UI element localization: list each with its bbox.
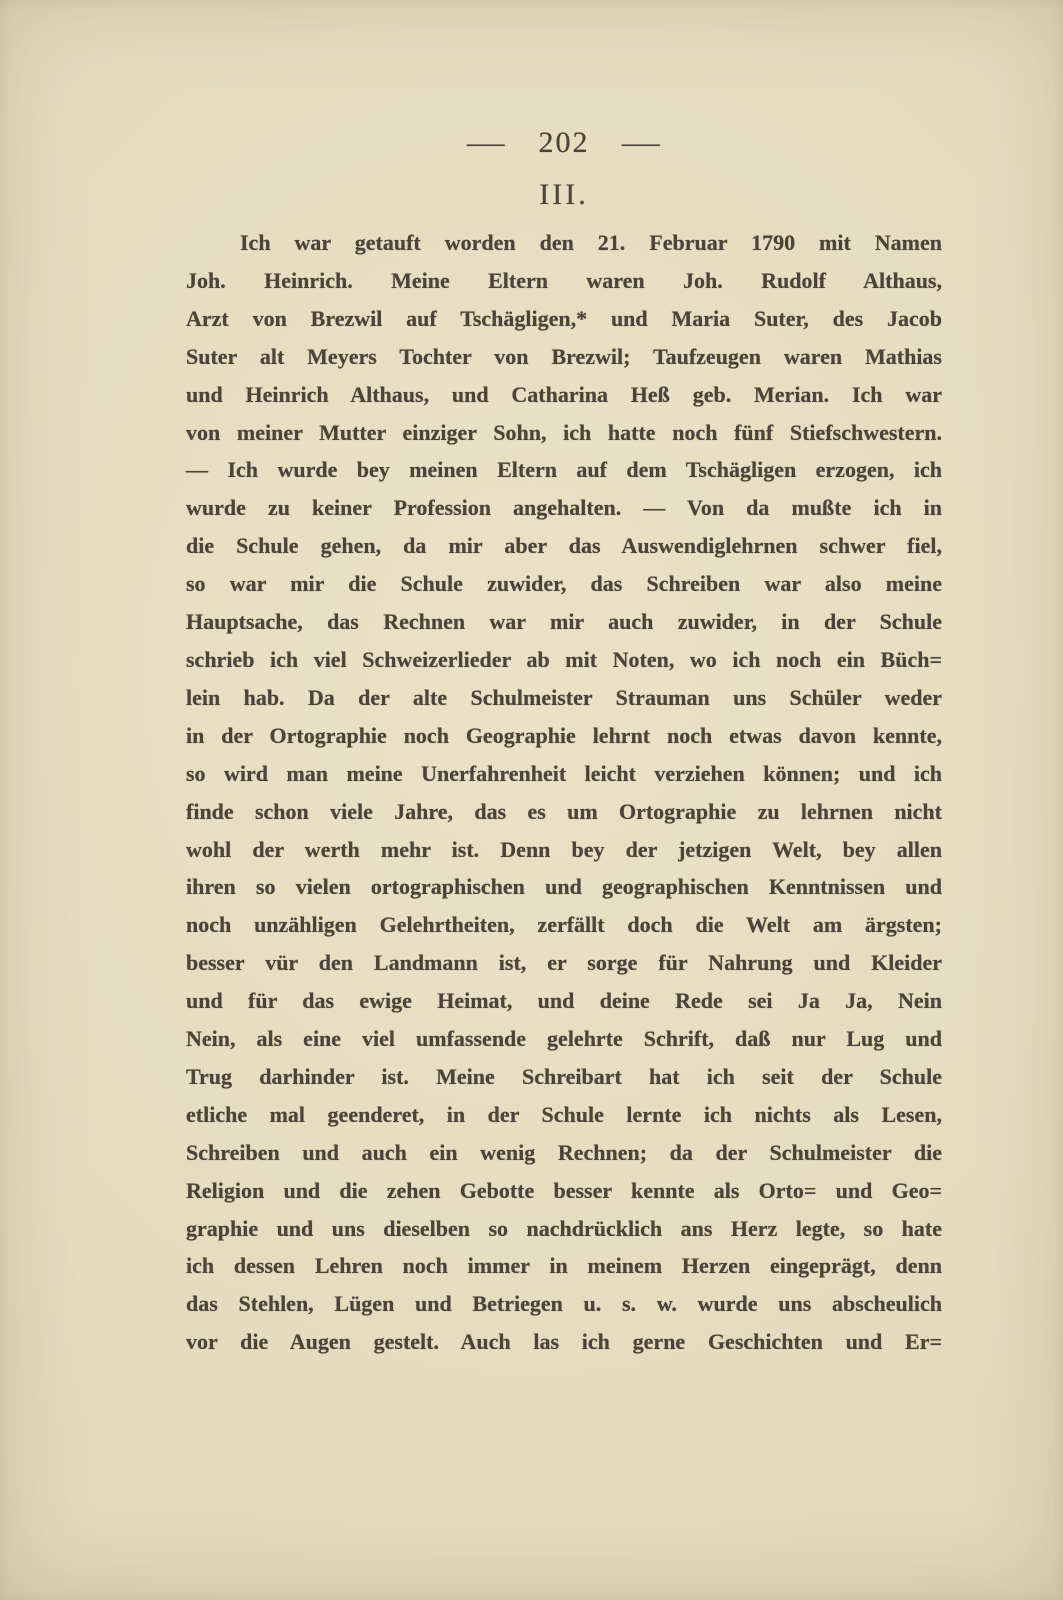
text-line: Nein, als eine viel umfassende gelehrte … <box>186 1020 942 1058</box>
body-text: Ich war getauft worden den 21. Februar 1… <box>186 224 942 1361</box>
text-line: schrieb ich viel Schweizerlieder ab mit … <box>186 641 942 679</box>
text-line: etliche mal geenderet, in der Schule ler… <box>186 1096 942 1134</box>
text-line: ihren so vielen ortographischen und geog… <box>186 868 942 906</box>
text-line: das Stehlen, Lügen und Betriegen u. s. w… <box>186 1285 942 1323</box>
header-dash-right: — <box>622 126 662 160</box>
text-line: graphie und uns dieselben so nachdrückli… <box>186 1210 942 1248</box>
text-line: und Heinrich Althaus, und Catharina Heß … <box>186 376 942 414</box>
text-line: finde schon viele Jahre, das es um Ortog… <box>186 793 942 831</box>
text-line: und für das ewige Heimat, und deine Rede… <box>186 982 942 1020</box>
text-line: Trug darhinder ist. Meine Schreibart hat… <box>186 1058 942 1096</box>
text-line: Schreiben und auch ein wenig Rechnen; da… <box>186 1134 942 1172</box>
text-line: von meiner Mutter einziger Sohn, ich hat… <box>186 414 942 452</box>
text-line: ich dessen Lehren noch immer in meinem H… <box>186 1247 942 1285</box>
text-line: noch unzähligen Gelehrtheiten, zerfällt … <box>186 906 942 944</box>
text-line: Ich war getauft worden den 21. Februar 1… <box>186 224 942 262</box>
header-dash-left: — <box>467 126 507 160</box>
page-header: — 202 — <box>186 126 942 160</box>
text-line: vor die Augen gestelt. Auch las ich gern… <box>186 1323 942 1361</box>
text-line: Suter alt Meyers Tochter von Brezwil; Ta… <box>186 338 942 376</box>
text-line: lein hab. Da der alte Schulmeister Strau… <box>186 679 942 717</box>
text-line: Religion und die zehen Gebotte besser ke… <box>186 1172 942 1210</box>
text-line: Hauptsache, das Rechnen war mir auch zuw… <box>186 603 942 641</box>
text-line: Joh. Heinrich. Meine Eltern waren Joh. R… <box>186 262 942 300</box>
text-line: Arzt von Brezwil auf Tschägligen,* und M… <box>186 300 942 338</box>
text-line: so wird man meine Unerfahrenheit leicht … <box>186 755 942 793</box>
text-line: in der Ortographie noch Geographie lehrn… <box>186 717 942 755</box>
text-line: wohl der werth mehr ist. Denn bey der je… <box>186 831 942 869</box>
text-line: so war mir die Schule zuwider, das Schre… <box>186 565 942 603</box>
section-title: III. <box>186 178 942 212</box>
text-line: besser vür den Landmann ist, er sorge fü… <box>186 944 942 982</box>
text-line: wurde zu keiner Profession angehalten. —… <box>186 489 942 527</box>
page-number: 202 <box>539 126 590 160</box>
text-line: — Ich wurde bey meinen Eltern auf dem Ts… <box>186 451 942 489</box>
text-line: die Schule gehen, da mir aber das Auswen… <box>186 527 942 565</box>
